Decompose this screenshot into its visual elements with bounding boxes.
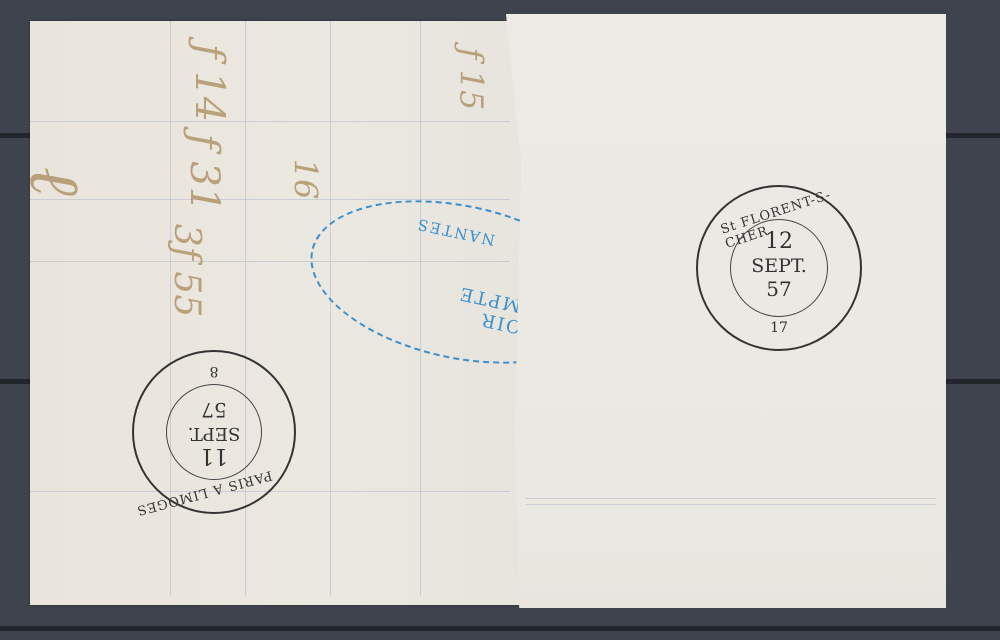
postmark-code: 17	[698, 321, 860, 335]
album-strip-bottom	[0, 626, 1000, 631]
postmark-day: 11	[134, 444, 294, 466]
manuscript-note-1: ƒ 14	[186, 44, 232, 122]
postmark-day: 12	[698, 231, 860, 253]
postmark-year: 57	[698, 279, 860, 299]
paris-limoges-postmark: PARIS A LIMOGES 11 SEPT. 57 8	[132, 350, 296, 514]
manuscript-note-4: 3ƒ 55	[166, 224, 207, 317]
manuscript-note-3: 16	[286, 159, 324, 200]
manuscript-note-2: ƒ 31	[181, 134, 227, 212]
postmark-year: 57	[134, 400, 294, 420]
manuscript-flourish: ℓ	[13, 167, 96, 196]
manuscript-note-5: ƒ 15	[452, 48, 490, 111]
cachet-inner-text: NANTES	[414, 215, 496, 249]
postmark-month: SEPT.	[134, 424, 294, 442]
postmark-code: 8	[134, 364, 294, 378]
st-florent-postmark: St FLORENT-S-CHER 12 SEPT. 57 17	[696, 185, 862, 351]
postmark-month: SEPT.	[698, 257, 860, 276]
